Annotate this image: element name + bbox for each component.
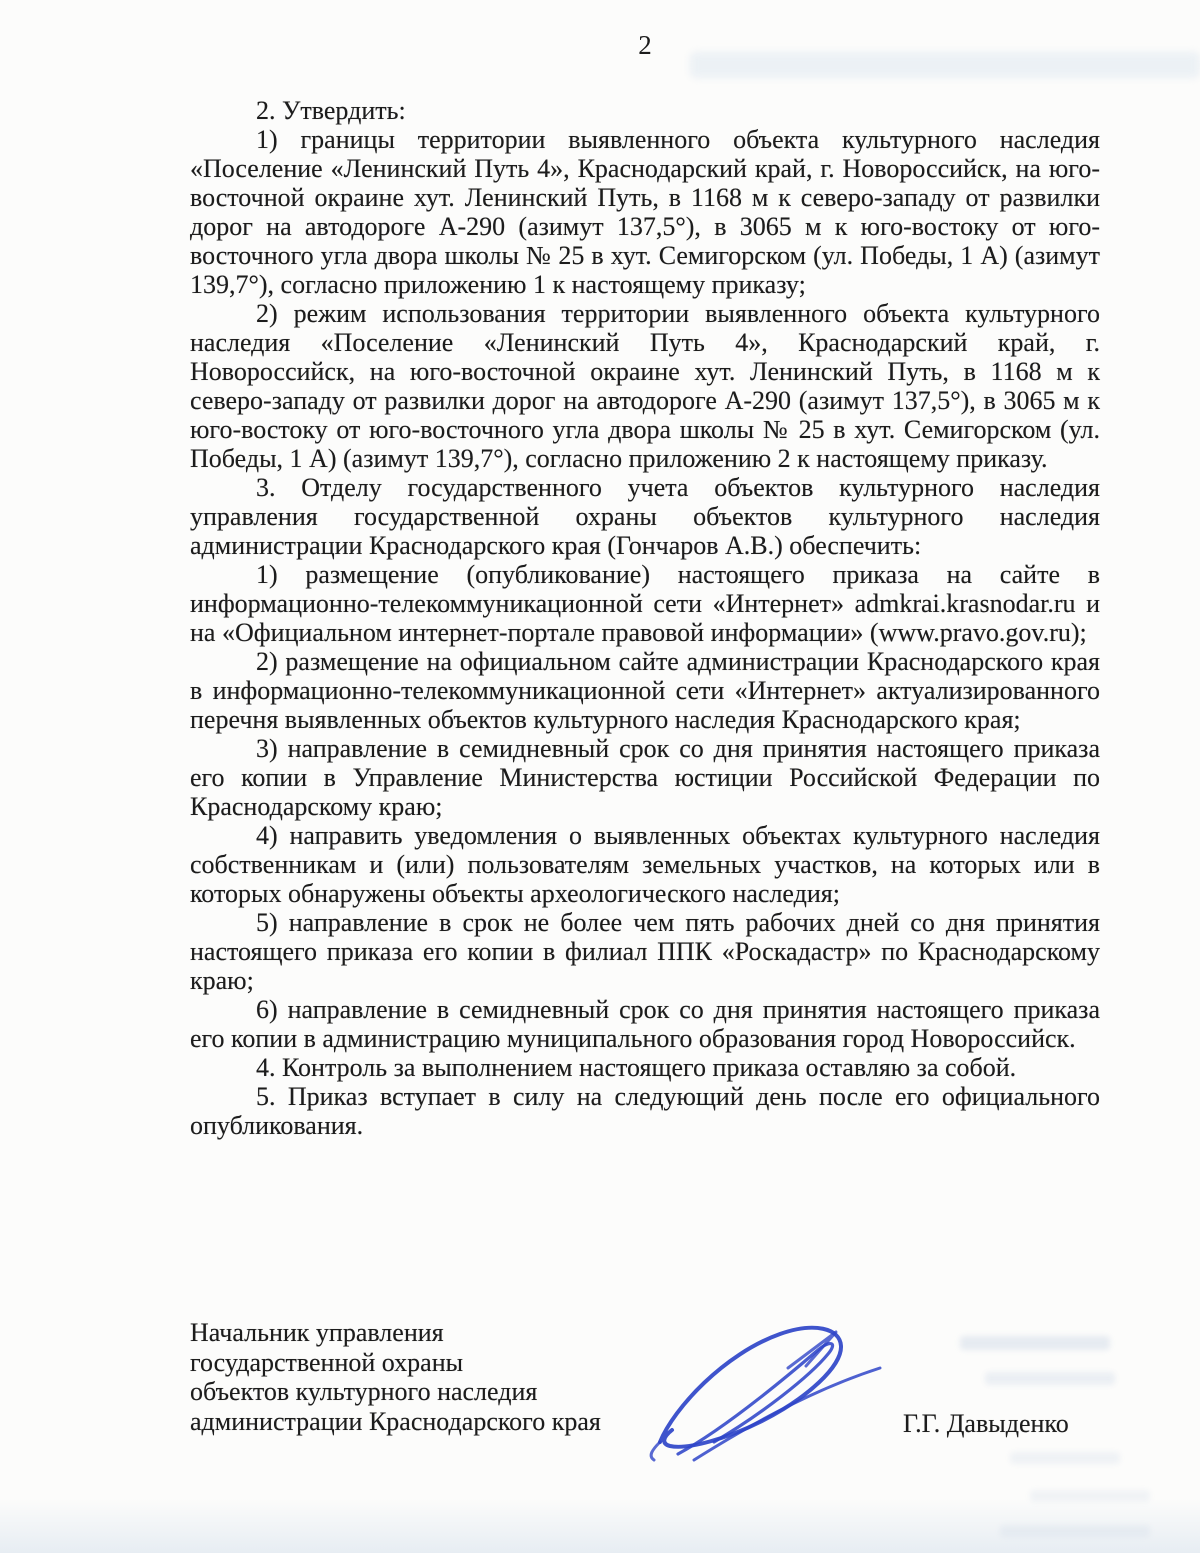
signatory-name: Г.Г. Давыденко (903, 1409, 1103, 1439)
document-body: 2. Утвердить: 1) границы территории выяв… (190, 96, 1100, 1140)
signatory-title-line: государственной охраны (190, 1348, 670, 1378)
scan-artifact (960, 1336, 1110, 1350)
document-paragraph: 6) направление в семидневный срок со дня… (190, 995, 1100, 1053)
signatory-title-line: Начальник управления (190, 1318, 670, 1348)
handwritten-signature (638, 1322, 903, 1472)
scan-artifact (1000, 1525, 1150, 1537)
scan-artifact (985, 1372, 1115, 1385)
document-paragraph: 4. Контроль за выполнением настоящего пр… (190, 1053, 1100, 1082)
document-paragraph: 4) направить уведомления о выявленных об… (190, 821, 1100, 908)
document-paragraph: 2. Утвердить: (190, 96, 1100, 125)
document-paragraph: 3. Отделу государственного учета объекто… (190, 473, 1100, 560)
document-paragraph: 3) направление в семидневный срок со дня… (190, 734, 1100, 821)
document-paragraph: 1) границы территории выявленного объект… (190, 125, 1100, 299)
document-paragraph: 1) размещение (опубликование) настоящего… (190, 560, 1100, 647)
page-number: 2 (190, 30, 1100, 61)
scan-artifact (1010, 1452, 1120, 1464)
signatory-title-line: администрации Краснодарского края (190, 1407, 670, 1437)
document-paragraph: 5. Приказ вступает в силу на следующий д… (190, 1082, 1100, 1140)
document-paragraph: 5) направление в срок не более чем пять … (190, 908, 1100, 995)
signatory-title-line: объектов культурного наследия (190, 1377, 670, 1407)
document-page: 2 2. Утвердить: 1) границы территории вы… (0, 0, 1200, 1553)
document-paragraph: 2) размещение на официальном сайте админ… (190, 647, 1100, 734)
scan-artifact (1030, 1490, 1150, 1502)
signatory-title: Начальник управления государственной охр… (190, 1318, 670, 1436)
document-paragraph: 2) режим использования территории выявле… (190, 299, 1100, 473)
scan-artifact-band (0, 1498, 1200, 1553)
